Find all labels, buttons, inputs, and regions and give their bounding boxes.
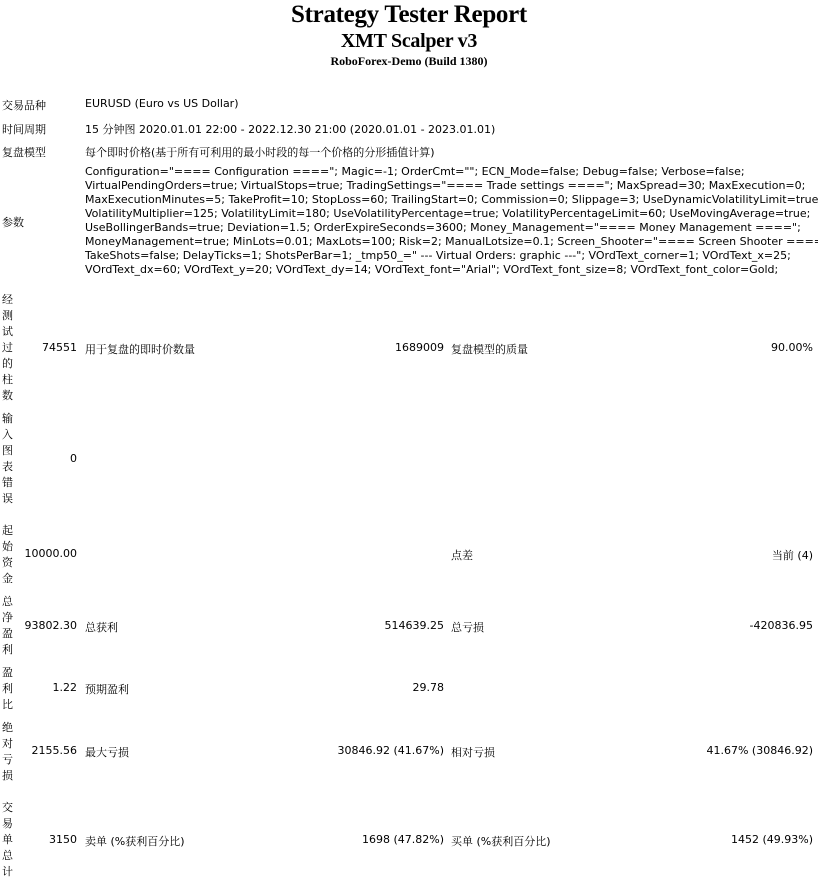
spread-label: 点差	[451, 547, 473, 563]
errors-value: 0	[20, 452, 77, 465]
expected-payoff-value: 29.78	[340, 681, 444, 694]
report-header: Strategy Tester Report XMT Scalper v3 Ro…	[0, 1, 818, 69]
errors-label: 输入图表错误	[2, 411, 16, 507]
model-label: 复盘模型	[2, 144, 46, 160]
long-positions-label: 买单 (%获利百分比)	[451, 833, 551, 849]
gross-profit-label: 总获利	[85, 619, 118, 635]
bars-label: 经测试过的柱数	[2, 292, 16, 404]
quality-label: 复盘模型的质量	[451, 341, 528, 357]
params-value: Configuration="==== Configuration ====";…	[85, 165, 818, 277]
quality-value: 90.00%	[700, 341, 813, 354]
spread-value: 当前 (4)	[700, 547, 813, 563]
expert-name: XMT Scalper v3	[0, 29, 818, 53]
report-title: Strategy Tester Report	[0, 1, 818, 29]
model-value: 每个即时价格(基于所有可利用的最小时段的每一个价格的分形插值计算)	[85, 144, 435, 160]
gross-loss-label: 总亏损	[451, 619, 484, 635]
params-label: 参数	[2, 214, 24, 230]
net-profit-value: 93802.30	[10, 619, 77, 632]
ticks-label: 用于复盘的即时价数量	[85, 341, 195, 357]
profit-factor-value: 1.22	[10, 681, 77, 694]
gross-loss-value: -420836.95	[700, 619, 813, 632]
short-positions-value: 1698 (47.82%)	[300, 833, 444, 846]
period-label: 时间周期	[2, 121, 46, 137]
total-trades-value: 3150	[20, 833, 77, 846]
symbol-value: EURUSD (Euro vs US Dollar)	[85, 97, 239, 110]
ticks-value: 1689009	[340, 341, 444, 354]
gross-profit-value: 514639.25	[340, 619, 444, 632]
max-drawdown-value: 30846.92 (41.67%)	[300, 744, 444, 757]
short-positions-label: 卖单 (%获利百分比)	[85, 833, 185, 849]
total-trades-label: 交易单总计	[2, 800, 16, 880]
server-name: RoboForex-Demo (Build 1380)	[0, 53, 818, 69]
period-value: 15 分钟图 2020.01.01 22:00 - 2022.12.30 21:…	[85, 121, 495, 137]
deposit-value: 10000.00	[10, 547, 77, 560]
symbol-label: 交易品种	[2, 97, 46, 113]
relative-drawdown-label: 相对亏损	[451, 744, 495, 760]
long-positions-value: 1452 (49.93%)	[660, 833, 813, 846]
max-drawdown-label: 最大亏损	[85, 744, 129, 760]
absolute-drawdown-value: 2155.56	[10, 744, 77, 757]
relative-drawdown-value: 41.67% (30846.92)	[660, 744, 813, 757]
expected-payoff-label: 预期盈利	[85, 681, 129, 697]
bars-value: 74551	[20, 341, 77, 354]
